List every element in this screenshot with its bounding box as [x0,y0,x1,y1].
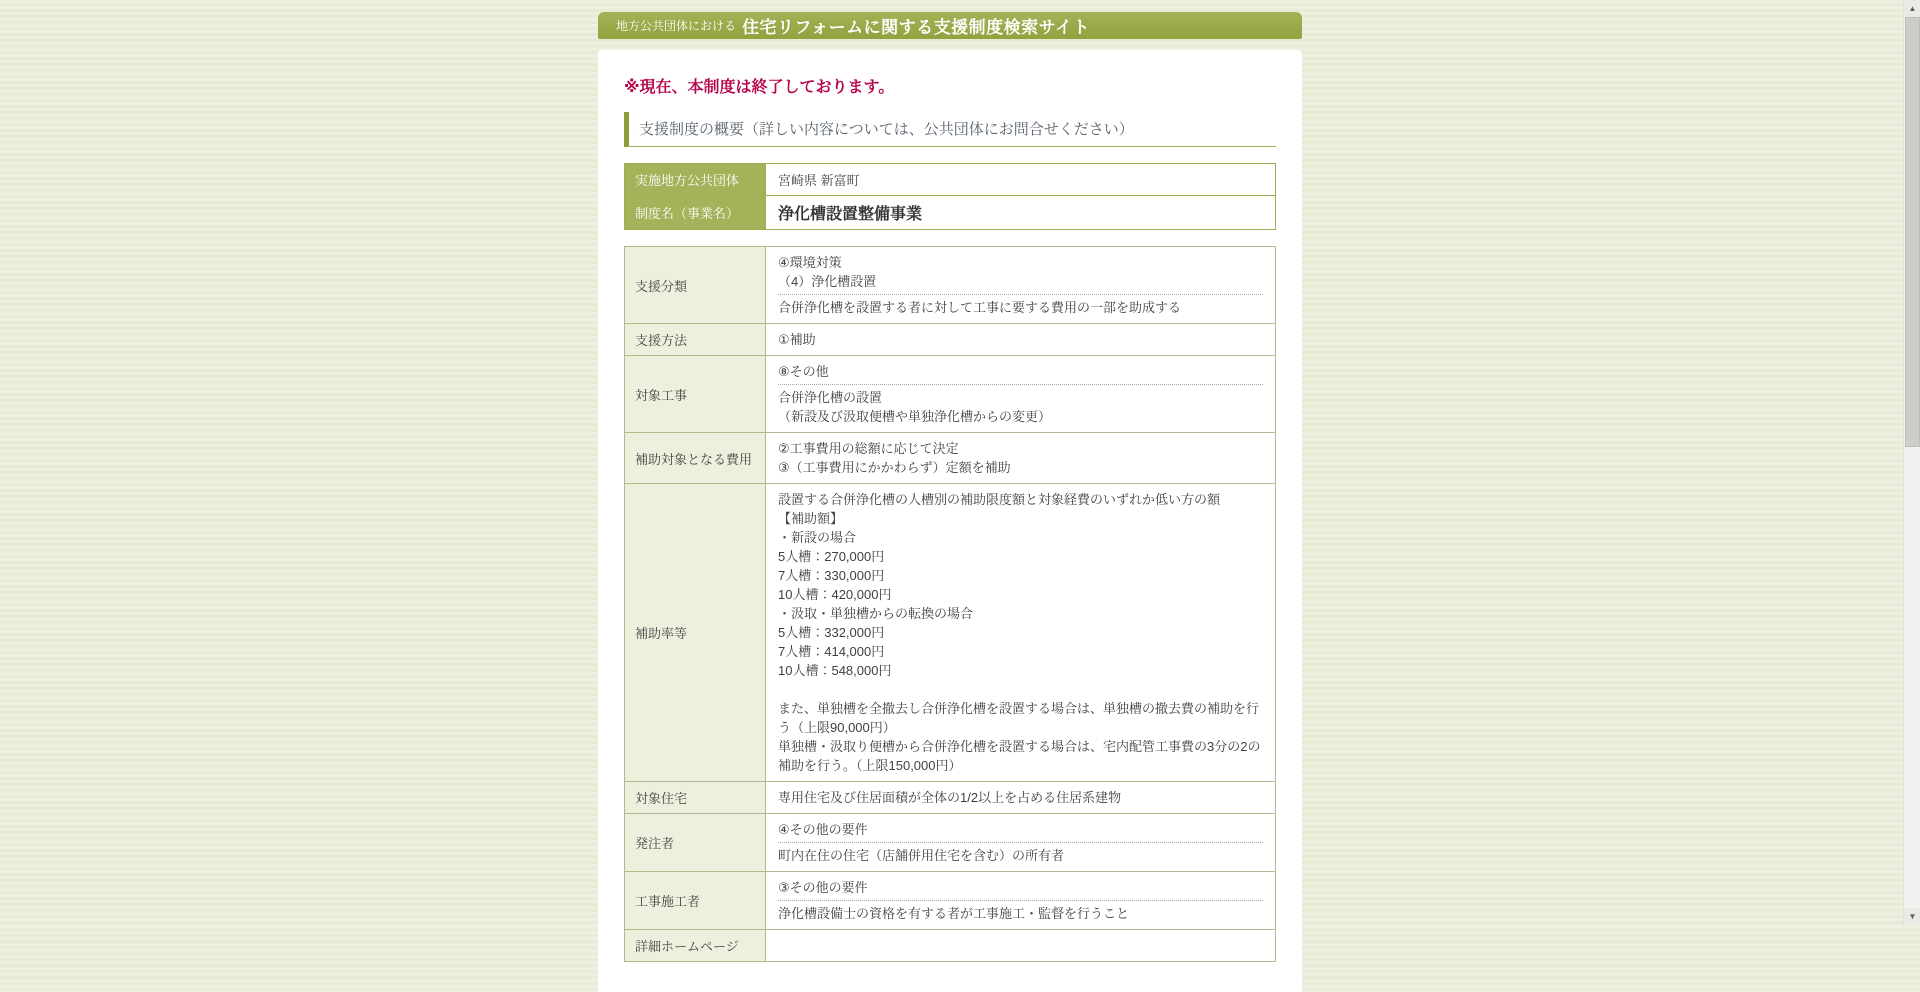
site-header-prefix: 地方公共団体における [616,17,736,34]
arrow-down-icon: ▼ [1909,912,1917,921]
row-label-eligible-cost: 補助対象となる費用 [625,433,766,484]
value-section: ②工事費用の総額に応じて決定③（工事費用にかかわらず）定額を補助 [778,439,1263,477]
dotted-divider [778,384,1263,385]
row-label-target-house: 対象住宅 [625,782,766,814]
table-row: 発注者 ④その他の要件 町内在住の住宅（店舗併用住宅を含む）の所有者 [625,814,1276,872]
site-title: 住宅リフォームに関する支援制度検索サイト [742,13,1090,38]
table-row: 支援方法 ①補助 [625,324,1276,356]
dotted-divider [778,900,1263,901]
value-section: 専用住宅及び住居面積が全体の1/2以上を占める住居系建物 [778,788,1263,807]
row-value-orderer: ④その他の要件 町内在住の住宅（店舗併用住宅を含む）の所有者 [766,814,1276,872]
table-row: 対象工事 ⑧その他 合併浄化槽の設置（新設及び汲取便槽や単独浄化槽からの変更） [625,356,1276,433]
scrollbar-thumb[interactable] [1905,17,1920,447]
content-panel: ※現在、本制度は終了しております。 支援制度の概要（詳しい内容については、公共団… [598,50,1302,925]
table-row: 補助率等 設置する合併浄化槽の人槽別の補助限度額と対象経費のいずれか低い方の額【… [625,484,1276,782]
value-section: ④環境対策（4）浄化槽設置 [778,253,1263,291]
site-header: 地方公共団体における 住宅リフォームに関する支援制度検索サイト [598,12,1302,39]
row-value-program-name: 浄化槽設置整備事業 [766,196,1276,230]
row-label-target-work: 対象工事 [625,356,766,433]
arrow-up-icon: ▲ [1909,4,1917,13]
detail-table: 支援分類 ④環境対策（4）浄化槽設置 合併浄化槽を設置する者に対して工事に要する… [624,246,1276,925]
value-section: 設置する合併浄化槽の人槽別の補助限度額と対象経費のいずれか低い方の額【補助額】・… [778,490,1263,775]
row-label-support-category: 支援分類 [625,247,766,324]
dotted-divider [778,842,1263,843]
value-section: ③その他の要件 [778,878,1263,897]
row-value-contractor: ③その他の要件 浄化槽設備士の資格を有する者が工事施工・監督を行うこと [766,872,1276,926]
row-label-municipality: 実施地方公共団体 [625,164,766,196]
row-label-subsidy-rate: 補助率等 [625,484,766,782]
row-label-contractor: 工事施工者 [625,872,766,926]
row-value-target-work: ⑧その他 合併浄化槽の設置（新設及び汲取便槽や単独浄化槽からの変更） [766,356,1276,433]
value-section: 合併浄化槽の設置（新設及び汲取便槽や単独浄化槽からの変更） [778,388,1263,426]
value-section: ⑧その他 [778,362,1263,381]
dotted-divider [778,294,1263,295]
table-row: 対象住宅 専用住宅及び住居面積が全体の1/2以上を占める住居系建物 [625,782,1276,814]
table-row: 制度名（事業名） 浄化槽設置整備事業 [625,196,1276,230]
table-row: 実施地方公共団体 宮崎県 新富町 [625,164,1276,196]
value-section: 合併浄化槽を設置する者に対して工事に要する費用の一部を助成する [778,298,1263,317]
section-heading: 支援制度の概要（詳しい内容については、公共団体にお問合せください） [624,112,1276,147]
value-section: 町内在住の住宅（店舗併用住宅を含む）の所有者 [778,846,1263,865]
scroll-up-button[interactable]: ▲ [1904,0,1920,17]
row-value-municipality: 宮崎県 新富町 [766,164,1276,196]
row-label-program-name: 制度名（事業名） [625,196,766,230]
row-label-support-method: 支援方法 [625,324,766,356]
vertical-scrollbar[interactable]: ▲ ▼ [1903,0,1920,925]
value-section: ④その他の要件 [778,820,1263,839]
scroll-down-button[interactable]: ▼ [1904,908,1920,925]
summary-table: 実施地方公共団体 宮崎県 新富町 制度名（事業名） 浄化槽設置整備事業 [624,163,1276,230]
value-section: 浄化槽設備士の資格を有する者が工事施工・監督を行うこと [778,904,1263,923]
table-row: 支援分類 ④環境対策（4）浄化槽設置 合併浄化槽を設置する者に対して工事に要する… [625,247,1276,324]
row-label-orderer: 発注者 [625,814,766,872]
table-row: 補助対象となる費用 ②工事費用の総額に応じて決定③（工事費用にかかわらず）定額を… [625,433,1276,484]
content-column: 地方公共団体における 住宅リフォームに関する支援制度検索サイト ※現在、本制度は… [598,0,1302,925]
program-ended-notice: ※現在、本制度は終了しております。 [624,74,1276,97]
row-value-subsidy-rate: 設置する合併浄化槽の人槽別の補助限度額と対象経費のいずれか低い方の額【補助額】・… [766,484,1276,782]
value-section: ①補助 [778,330,1263,349]
row-value-eligible-cost: ②工事費用の総額に応じて決定③（工事費用にかかわらず）定額を補助 [766,433,1276,484]
table-row: 工事施工者 ③その他の要件 浄化槽設備士の資格を有する者が工事施工・監督を行うこ… [625,872,1276,926]
row-value-support-category: ④環境対策（4）浄化槽設置 合併浄化槽を設置する者に対して工事に要する費用の一部… [766,247,1276,324]
row-value-support-method: ①補助 [766,324,1276,356]
row-value-target-house: 専用住宅及び住居面積が全体の1/2以上を占める住居系建物 [766,782,1276,814]
